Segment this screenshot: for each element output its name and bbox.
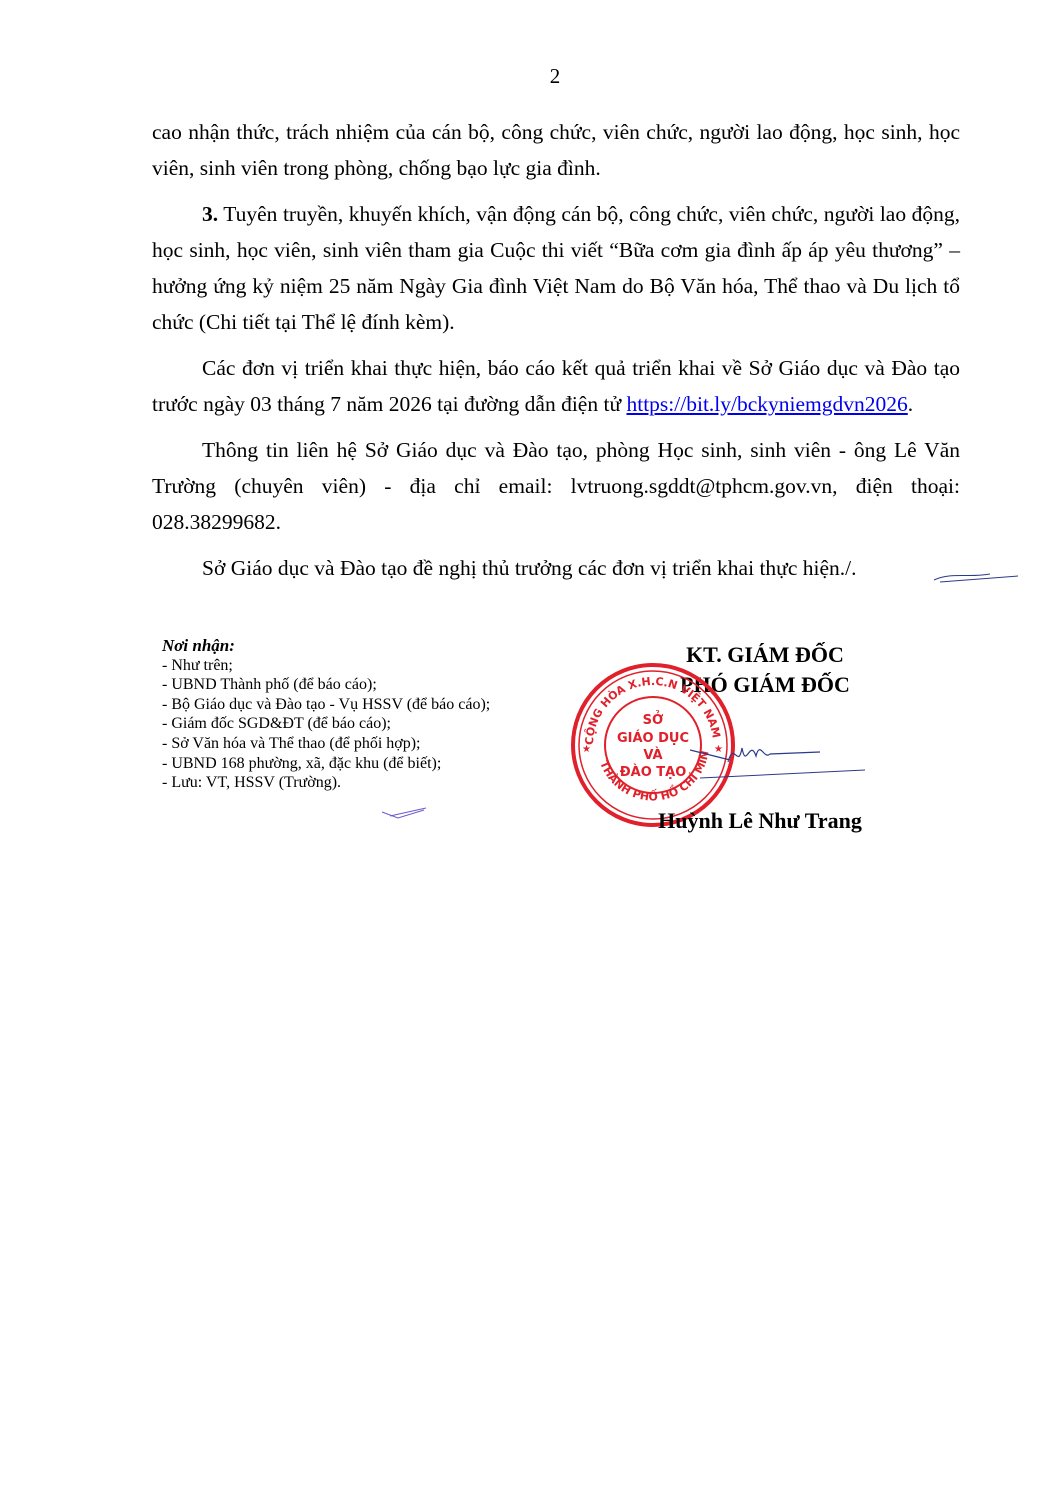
recipient-item: - Bộ Giáo dục và Đào tạo - Vụ HSSV (để b… (162, 695, 490, 715)
handwritten-signature-icon (690, 730, 870, 790)
svg-text:★: ★ (582, 744, 591, 755)
recipient-item: - Sở Văn hóa và Thể thao (để phối hợp); (162, 734, 490, 754)
paragraph-report: Các đơn vị triển khai thực hiện, báo cáo… (152, 350, 960, 422)
paragraph-closing: Sở Giáo dục và Đào tạo đề nghị thủ trưởn… (152, 550, 960, 586)
item-number: 3. (202, 202, 218, 226)
page-number: 2 (0, 64, 1061, 89)
svg-text:SỞ: SỞ (643, 711, 664, 728)
recipients-title: Nơi nhận: (162, 636, 490, 656)
recipients-list: Nơi nhận: - Như trên; - UBND Thành phố (… (162, 636, 490, 793)
recipient-item: - Lưu: VT, HSSV (Trường). (162, 773, 490, 793)
initial-mark-icon (930, 562, 1020, 586)
svg-text:VÀ: VÀ (643, 747, 662, 763)
svg-text:GIÁO DỤC: GIÁO DỤC (617, 730, 689, 746)
recipient-item: - Như trên; (162, 656, 490, 676)
recipient-item: - UBND 168 phường, xã, đặc khu (để biết)… (162, 754, 490, 774)
paragraph-contact: Thông tin liên hệ Sở Giáo dục và Đào tạo… (152, 432, 960, 540)
paragraph-item-3: 3. Tuyên truyền, khuyến khích, vận động … (152, 196, 960, 340)
recipient-item: - Giám đốc SGD&ĐT (để báo cáo); (162, 714, 490, 734)
report-link[interactable]: https://bit.ly/bckyniemgdvn2026 (626, 392, 907, 416)
recipient-item: - UBND Thành phố (để báo cáo); (162, 675, 490, 695)
svg-text:ĐÀO TẠO: ĐÀO TẠO (620, 764, 687, 780)
item-3-text: Tuyên truyền, khuyến khích, vận động cán… (152, 202, 960, 334)
paragraph-continuation: cao nhận thức, trách nhiệm của cán bộ, c… (152, 114, 960, 186)
signer-name: Huỳnh Lê Như Trang (610, 808, 910, 834)
initial-mark-icon (380, 806, 430, 822)
period: . (908, 392, 913, 416)
document-body: cao nhận thức, trách nhiệm của cán bộ, c… (152, 114, 960, 586)
